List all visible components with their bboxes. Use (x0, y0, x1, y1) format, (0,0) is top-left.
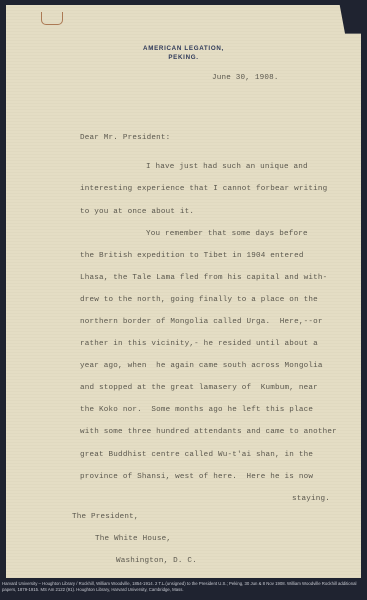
body-line: rather in this vicinity,- he resided unt… (80, 340, 318, 348)
body-line: the Koko nor. Some months ago he left th… (80, 406, 313, 414)
addressee-name: The President, (72, 513, 139, 521)
body-line: and stopped at the great lamasery of Kum… (80, 384, 318, 392)
salutation: Dear Mr. President: (80, 134, 170, 142)
addressee-office: The White House, (95, 535, 171, 543)
body-line: great Buddhist centre called Wu-t'ai sha… (80, 451, 313, 459)
body-line: year ago, when he again came south acros… (80, 362, 323, 370)
body-line: with some three hundred attendants and c… (80, 428, 337, 436)
body-line: interesting experience that I cannot for… (80, 185, 327, 193)
addressee-city: Washington, D. C. (116, 557, 197, 565)
letter-date: June 30, 1908. (212, 74, 279, 82)
archival-caption: Harvard University – Houghton Library / … (2, 581, 365, 592)
body-line: drew to the north, going finally to a pl… (80, 296, 318, 304)
paperclip-stain (41, 12, 63, 25)
letterhead-city: PEKING. (0, 54, 367, 61)
body-line: to you at once about it. (80, 208, 194, 216)
body-line: province of Shansi, west of here. Here h… (80, 473, 313, 481)
body-line: northern border of Mongolia called Urga.… (80, 318, 323, 326)
letter-page (6, 5, 361, 578)
body-line: the British expedition to Tibet in 1904 … (80, 252, 304, 260)
body-line: You remember that some days before (146, 230, 308, 238)
letterhead-title: AMERICAN LEGATION, (0, 45, 367, 52)
body-line: I have just had such an unique and (146, 163, 308, 171)
body-line: staying. (292, 495, 330, 503)
body-line: Lhasa, the Tale Lama fled from his capit… (80, 274, 327, 282)
